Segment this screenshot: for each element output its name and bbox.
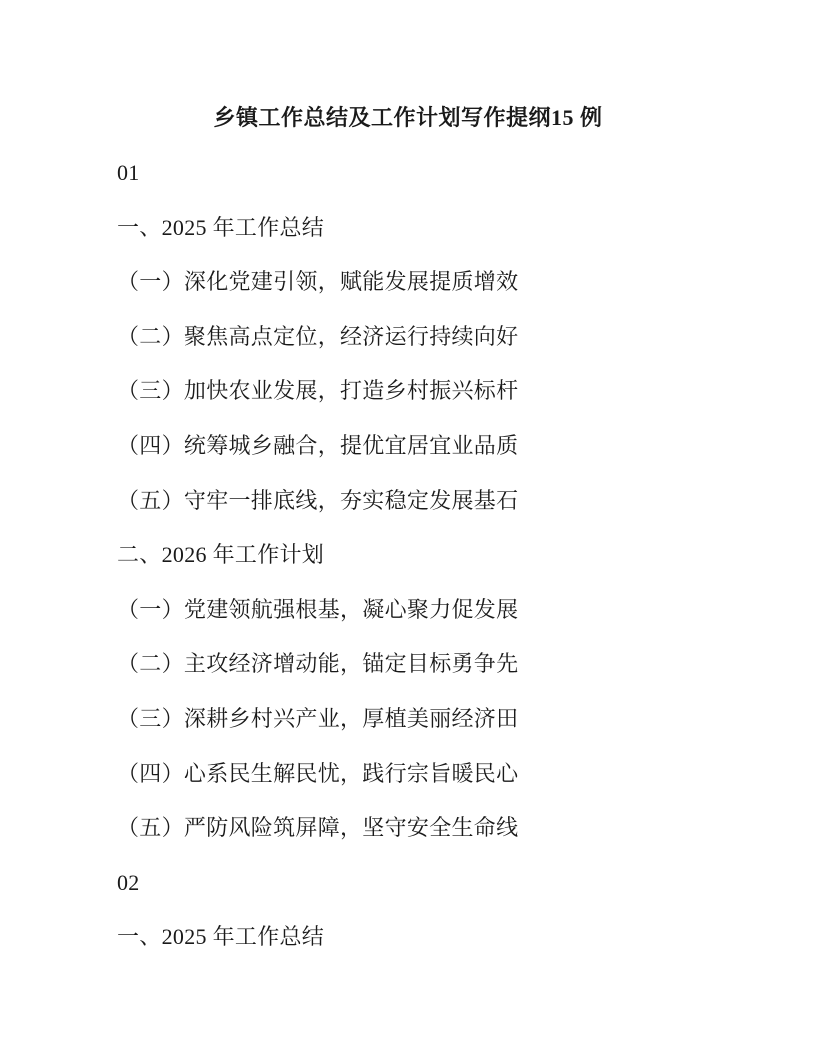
- document-page: 乡镇工作总结及工作计划写作提纲15 例 01 一、2025 年工作总结 （一）深…: [0, 0, 816, 1056]
- outline-item: （二）聚焦高点定位，经济运行持续向好: [117, 310, 699, 365]
- section-heading-plan: 二、2026 年工作计划: [117, 528, 699, 583]
- outline-item: （四）心系民生解民忧，践行宗旨暖民心: [117, 747, 699, 802]
- section-heading-summary: 一、2025 年工作总结: [117, 201, 699, 256]
- outline-item: （三）深耕乡村兴产业，厚植美丽经济田: [117, 692, 699, 747]
- outline-item: （三）加快农业发展，打造乡村振兴标杆: [117, 364, 699, 419]
- document-title: 乡镇工作总结及工作计划写作提纲15 例: [117, 90, 699, 146]
- outline-item: （二）主攻经济增动能，锚定目标勇争先: [117, 637, 699, 692]
- outline-item: （一）党建领航强根基，凝心聚力促发展: [117, 583, 699, 638]
- outline-item: （四）统筹城乡融合，提优宜居宜业品质: [117, 419, 699, 474]
- example-number: 01: [117, 146, 699, 201]
- outline-item: （一）深化党建引领，赋能发展提质增效: [117, 255, 699, 310]
- example-number: 02: [117, 856, 699, 911]
- outline-item: （五）严防风险筑屏障，坚守安全生命线: [117, 801, 699, 856]
- section-heading-summary: 一、2025 年工作总结: [117, 910, 699, 965]
- outline-item: （五）守牢一排底线，夯实稳定发展基石: [117, 474, 699, 529]
